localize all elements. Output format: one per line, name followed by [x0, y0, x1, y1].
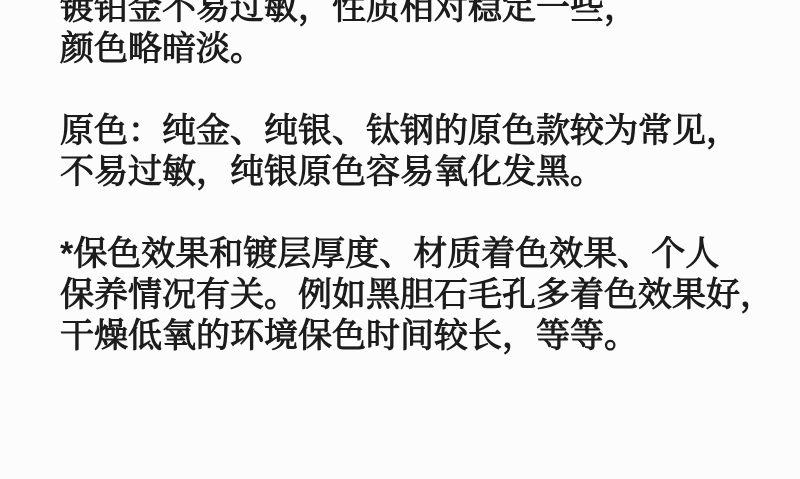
paragraph-color-retention-note: *保色效果和镀层厚度、材质着色效果、个人 保养情况有关。例如黑胆石毛孔多着色效果… — [60, 234, 770, 357]
text-line: 颜色略暗淡。 — [60, 29, 770, 70]
text-line: 不易过敏，纯银原色容易氧化发黑。 — [60, 152, 770, 193]
text-content: 镀铂金不易过敏，性质相对稳定一些， 颜色略暗淡。 原色：纯金、纯银、钛钢的原色款… — [60, 0, 770, 357]
text-line: 保养情况有关。例如黑胆石毛孔多着色效果好， — [60, 275, 770, 316]
paragraph-plated-platinum: 镀铂金不易过敏，性质相对稳定一些， 颜色略暗淡。 — [60, 0, 770, 70]
text-line: 镀铂金不易过敏，性质相对稳定一些， — [60, 0, 770, 29]
text-line: 原色：纯金、纯银、钛钢的原色款较为常见， — [60, 111, 770, 152]
paragraph-original-color: 原色：纯金、纯银、钛钢的原色款较为常见， 不易过敏，纯银原色容易氧化发黑。 — [60, 111, 770, 193]
text-line: 干燥低氧的环境保色时间较长，等等。 — [60, 316, 770, 357]
text-line: *保色效果和镀层厚度、材质着色效果、个人 — [60, 234, 770, 275]
text-panel: 镀铂金不易过敏，性质相对稳定一些， 颜色略暗淡。 原色：纯金、纯银、钛钢的原色款… — [0, 0, 800, 479]
